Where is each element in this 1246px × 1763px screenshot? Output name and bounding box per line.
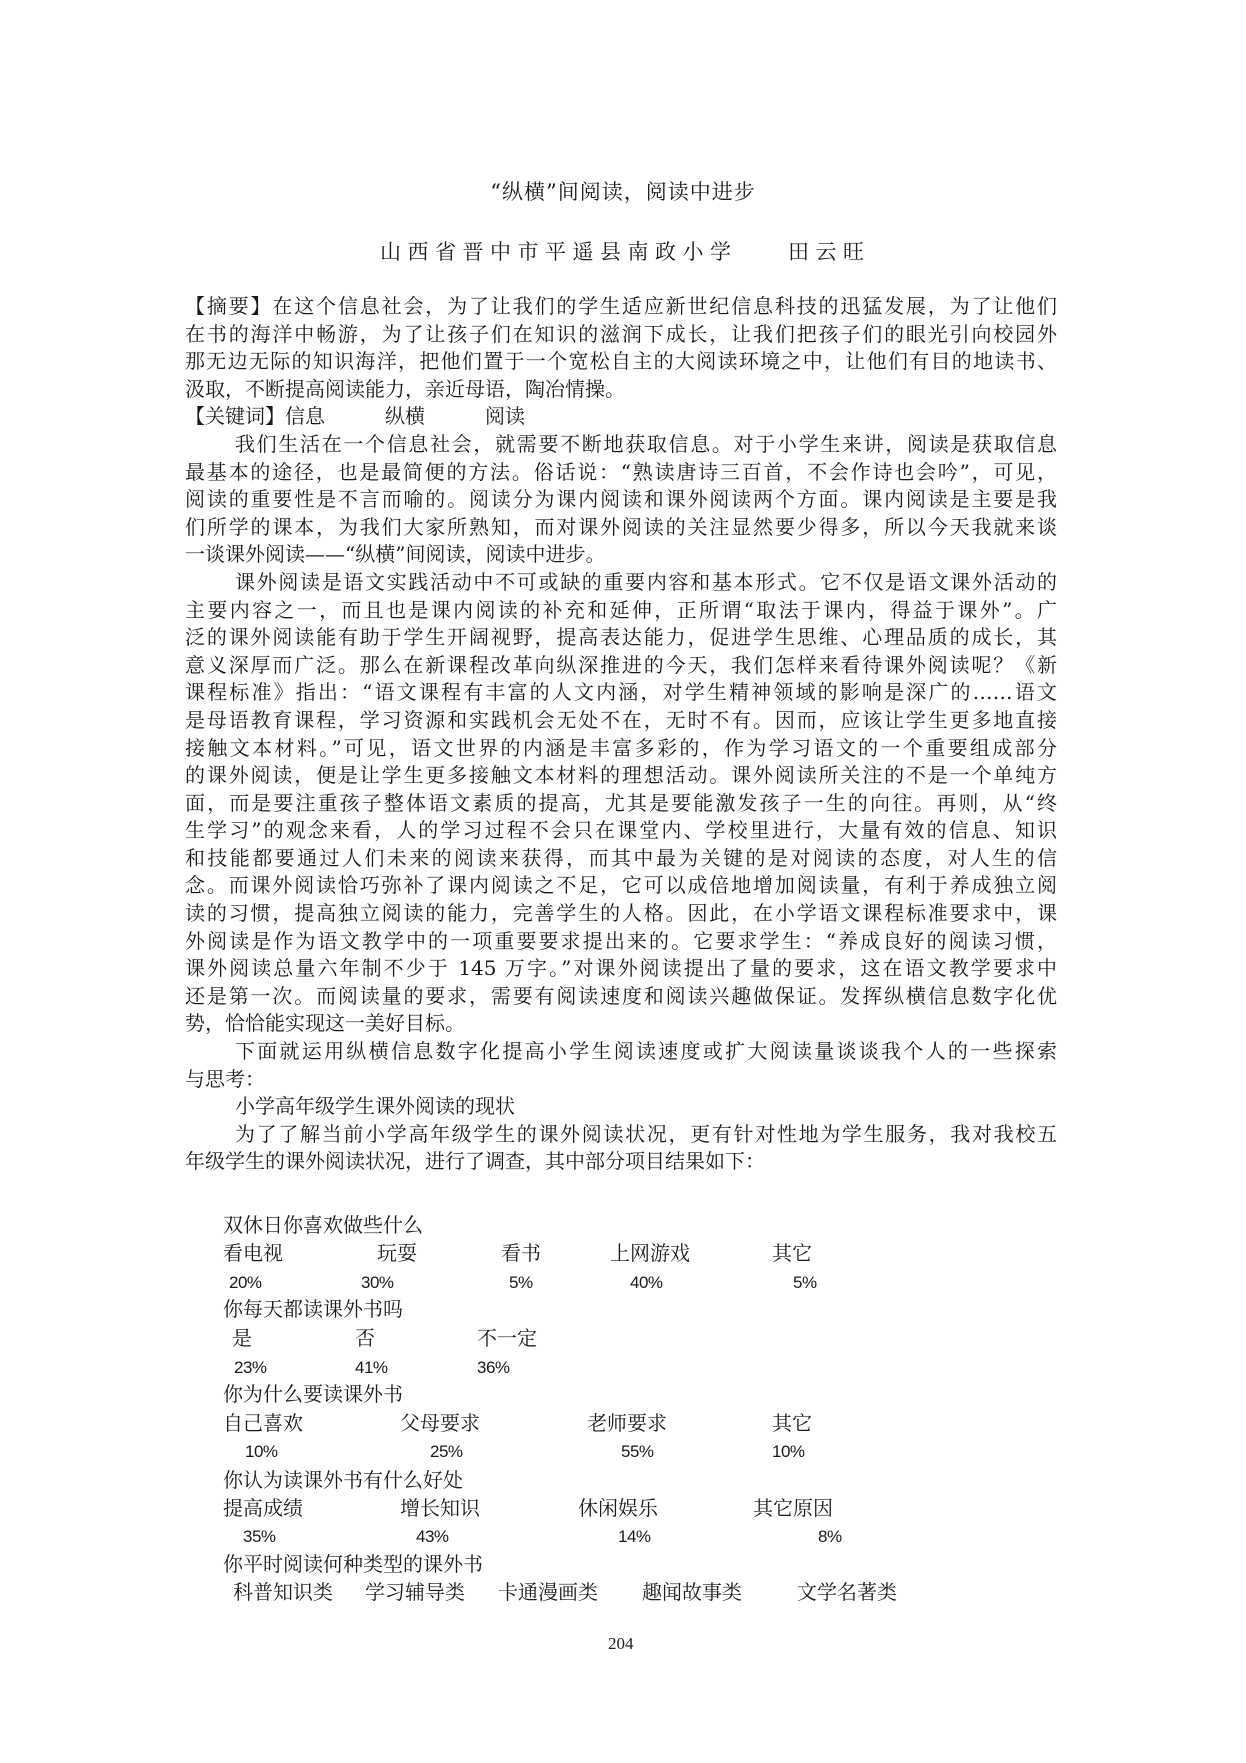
text-line: 最基本的途径，也是最简便的方法。俗话说：“熟读唐诗三百首，不会作诗也会吟”，可见… <box>185 459 1057 487</box>
survey-option: 趣闻故事类 <box>642 1580 742 1604</box>
survey-option: 看书 <box>501 1241 541 1265</box>
survey-option: 其它 <box>772 1241 812 1265</box>
survey-percentage: 8% <box>818 1525 842 1549</box>
text-line: 我们生活在一个信息社会，就需要不断地获取信息。对于小学生来讲，阅读是获取信息 <box>185 431 1057 459</box>
survey-percentage: 41% <box>355 1356 388 1380</box>
survey-percentage: 5% <box>793 1271 817 1295</box>
text-line: 【摘要】在这个信息社会，为了让我们的学生适应新世纪信息科技的迅猛发展，为了让他们 <box>185 293 1057 321</box>
text-line: 和技能都要通过人们未来的阅读来获得，而其中最为关键的是对阅读的态度，对人生的信 <box>185 845 1057 873</box>
text-line: 势，恰恰能实现这一美好目标。 <box>185 1010 1057 1038</box>
author-affiliation: 山西省晋中市平遥县南政小学 <box>380 238 738 266</box>
text-line: 【关键词】信息 纵横 阅读 <box>185 403 1057 431</box>
survey-percentage: 5% <box>509 1271 533 1295</box>
text-line: 泛的课外阅读能有助于学生开阔视野，提高表达能力，促进学生思维、心理品质的成长，其 <box>185 624 1057 652</box>
text-line: 在书的海洋中畅游，为了让孩子们在知识的滋润下成长，让我们把孩子们的眼光引向校园外 <box>185 321 1057 349</box>
survey-option: 卡通漫画类 <box>498 1580 598 1604</box>
survey-option: 增长知识 <box>400 1496 480 1520</box>
text-line: 读的习惯，提高独立阅读的能力，完善学生的人格。因此，在小学语文课程标准要求中，课 <box>185 900 1057 928</box>
text-line: 年级学生的课外阅读状况，进行了调查，其中部分项目结果如下： <box>185 1148 1057 1176</box>
survey-question: 你为什么要读课外书 <box>223 1382 403 1406</box>
survey-percentage: 40% <box>630 1271 663 1295</box>
survey-option: 玩耍 <box>377 1241 417 1265</box>
survey-question: 你认为读课外书有什么好处 <box>223 1468 463 1492</box>
text-line: 的课外阅读，便是让学生更多接触文本材料的理想活动。课外阅读所关注的不是一个单纯方 <box>185 762 1057 790</box>
text-line: 为了了解当前小学高年级学生的课外阅读状况，更有针对性地为学生服务，我对我校五 <box>185 1121 1057 1149</box>
survey-percentage: 14% <box>618 1525 651 1549</box>
text-line: 们所学的课本，为我们大家所熟知，而对课外阅读的关注显然要少得多，所以今天我就来谈 <box>185 514 1057 542</box>
text-line: 还是第一次。而阅读量的要求，需要有阅读速度和阅读兴趣做保证。发挥纵横信息数字化优 <box>185 983 1057 1011</box>
survey-question: 双休日你喜欢做些什么 <box>223 1213 423 1237</box>
survey-option: 其它 <box>772 1411 812 1435</box>
survey-percentage: 35% <box>243 1525 276 1549</box>
survey-percentage: 55% <box>621 1440 654 1464</box>
survey-option: 其它原因 <box>753 1496 833 1520</box>
survey-question: 你平时阅读何种类型的课外书 <box>223 1552 483 1576</box>
text-line: 汲取，不断提高阅读能力，亲近母语，陶冶情操。 <box>185 376 1057 404</box>
text-line: 外阅读是作为语文教学中的一项重要要求提出来的。它要求学生：“养成良好的阅读习惯， <box>185 928 1057 956</box>
author-name: 田云旺 <box>788 238 871 266</box>
survey-option: 看电视 <box>223 1241 283 1265</box>
survey-option: 老师要求 <box>587 1411 667 1435</box>
text-line: 下面就运用纵横信息数字化提高小学生阅读速度或扩大阅读量谈谈我个人的一些探索 <box>185 1038 1057 1066</box>
document-title: “纵横”间阅读，阅读中进步 <box>0 178 1246 206</box>
survey-option: 文学名著类 <box>797 1580 897 1604</box>
survey-option: 是 <box>232 1326 252 1350</box>
text-line: 阅读的重要性是不言而喻的。阅读分为课内阅读和课外阅读两个方面。课内阅读是主要是我 <box>185 486 1057 514</box>
page-number: 204 <box>608 1634 634 1654</box>
text-line: 是母语教育课程，学习资源和实践机会无处不在，无时不有。因而，应该让学生更多地直接 <box>185 707 1057 735</box>
text-line: 接触文本材料。”可见，语文世界的内涵是丰富多彩的，作为学习语文的一个重要组成部分 <box>185 735 1057 763</box>
text-line: 课外阅读总量六年制不少于 145 万字。”对课外阅读提出了量的要求，这在语文教学… <box>185 955 1057 983</box>
text-line: 课外阅读是语文实践活动中不可或缺的重要内容和基本形式。它不仅是语文课外活动的 <box>185 569 1057 597</box>
text-line: 那无边无际的知识海洋，把他们置于一个宽松自主的大阅读环境之中，让他们有目的地读书… <box>185 348 1057 376</box>
survey-percentage: 23% <box>234 1356 267 1380</box>
body-text: 【摘要】在这个信息社会，为了让我们的学生适应新世纪信息科技的迅猛发展，为了让他们… <box>185 293 1057 1176</box>
text-line: 生学习”的观念来看，人的学习过程不会只在课堂内、学校里进行，大量有效的信息、知识 <box>185 817 1057 845</box>
survey-option: 否 <box>355 1326 375 1350</box>
text-line: 念。而课外阅读恰巧弥补了课内阅读之不足，它可以成倍地增加阅读量，有利于养成独立阅 <box>185 872 1057 900</box>
text-line: 意义深厚而广泛。那么在新课程改革向纵深推进的今天，我们怎样来看待课外阅读呢？《新 <box>185 652 1057 680</box>
survey-option: 不一定 <box>477 1326 537 1350</box>
survey-percentage: 10% <box>772 1440 805 1464</box>
survey-option: 休闲娱乐 <box>578 1496 658 1520</box>
text-line: 与思考： <box>185 1066 1057 1094</box>
survey-percentage: 20% <box>229 1271 262 1295</box>
survey-percentage: 10% <box>245 1440 278 1464</box>
survey-percentage: 30% <box>361 1271 394 1295</box>
text-line: 小学高年级学生课外阅读的现状 <box>185 1093 1057 1121</box>
text-line: 一谈课外阅读——“纵横”间阅读，阅读中进步。 <box>185 541 1057 569</box>
text-line: 课程标准》指出：“语文课程有丰富的人文内涵，对学生精神领域的影响是深广的……语文 <box>185 679 1057 707</box>
document-page: “纵横”间阅读，阅读中进步 山西省晋中市平遥县南政小学 田云旺 【摘要】在这个信… <box>0 0 1246 1763</box>
survey-question: 你每天都读课外书吗 <box>223 1297 403 1321</box>
survey-option: 父母要求 <box>400 1411 480 1435</box>
survey-option: 学习辅导类 <box>365 1580 465 1604</box>
survey-percentage: 43% <box>416 1525 449 1549</box>
survey-option: 上网游戏 <box>610 1241 690 1265</box>
survey-percentage: 36% <box>477 1356 510 1380</box>
survey-option: 科普知识类 <box>233 1580 333 1604</box>
survey-option: 提高成绩 <box>223 1496 303 1520</box>
text-line: 面，而是要注重孩子整体语文素质的提高，尤其是要能激发孩子一生的向往。再则，从“终 <box>185 790 1057 818</box>
survey-percentage: 25% <box>430 1440 463 1464</box>
survey-option: 自己喜欢 <box>223 1411 303 1435</box>
text-line: 主要内容之一，而且也是课内阅读的补充和延伸，正所谓“取法于课内，得益于课外”。广 <box>185 597 1057 625</box>
